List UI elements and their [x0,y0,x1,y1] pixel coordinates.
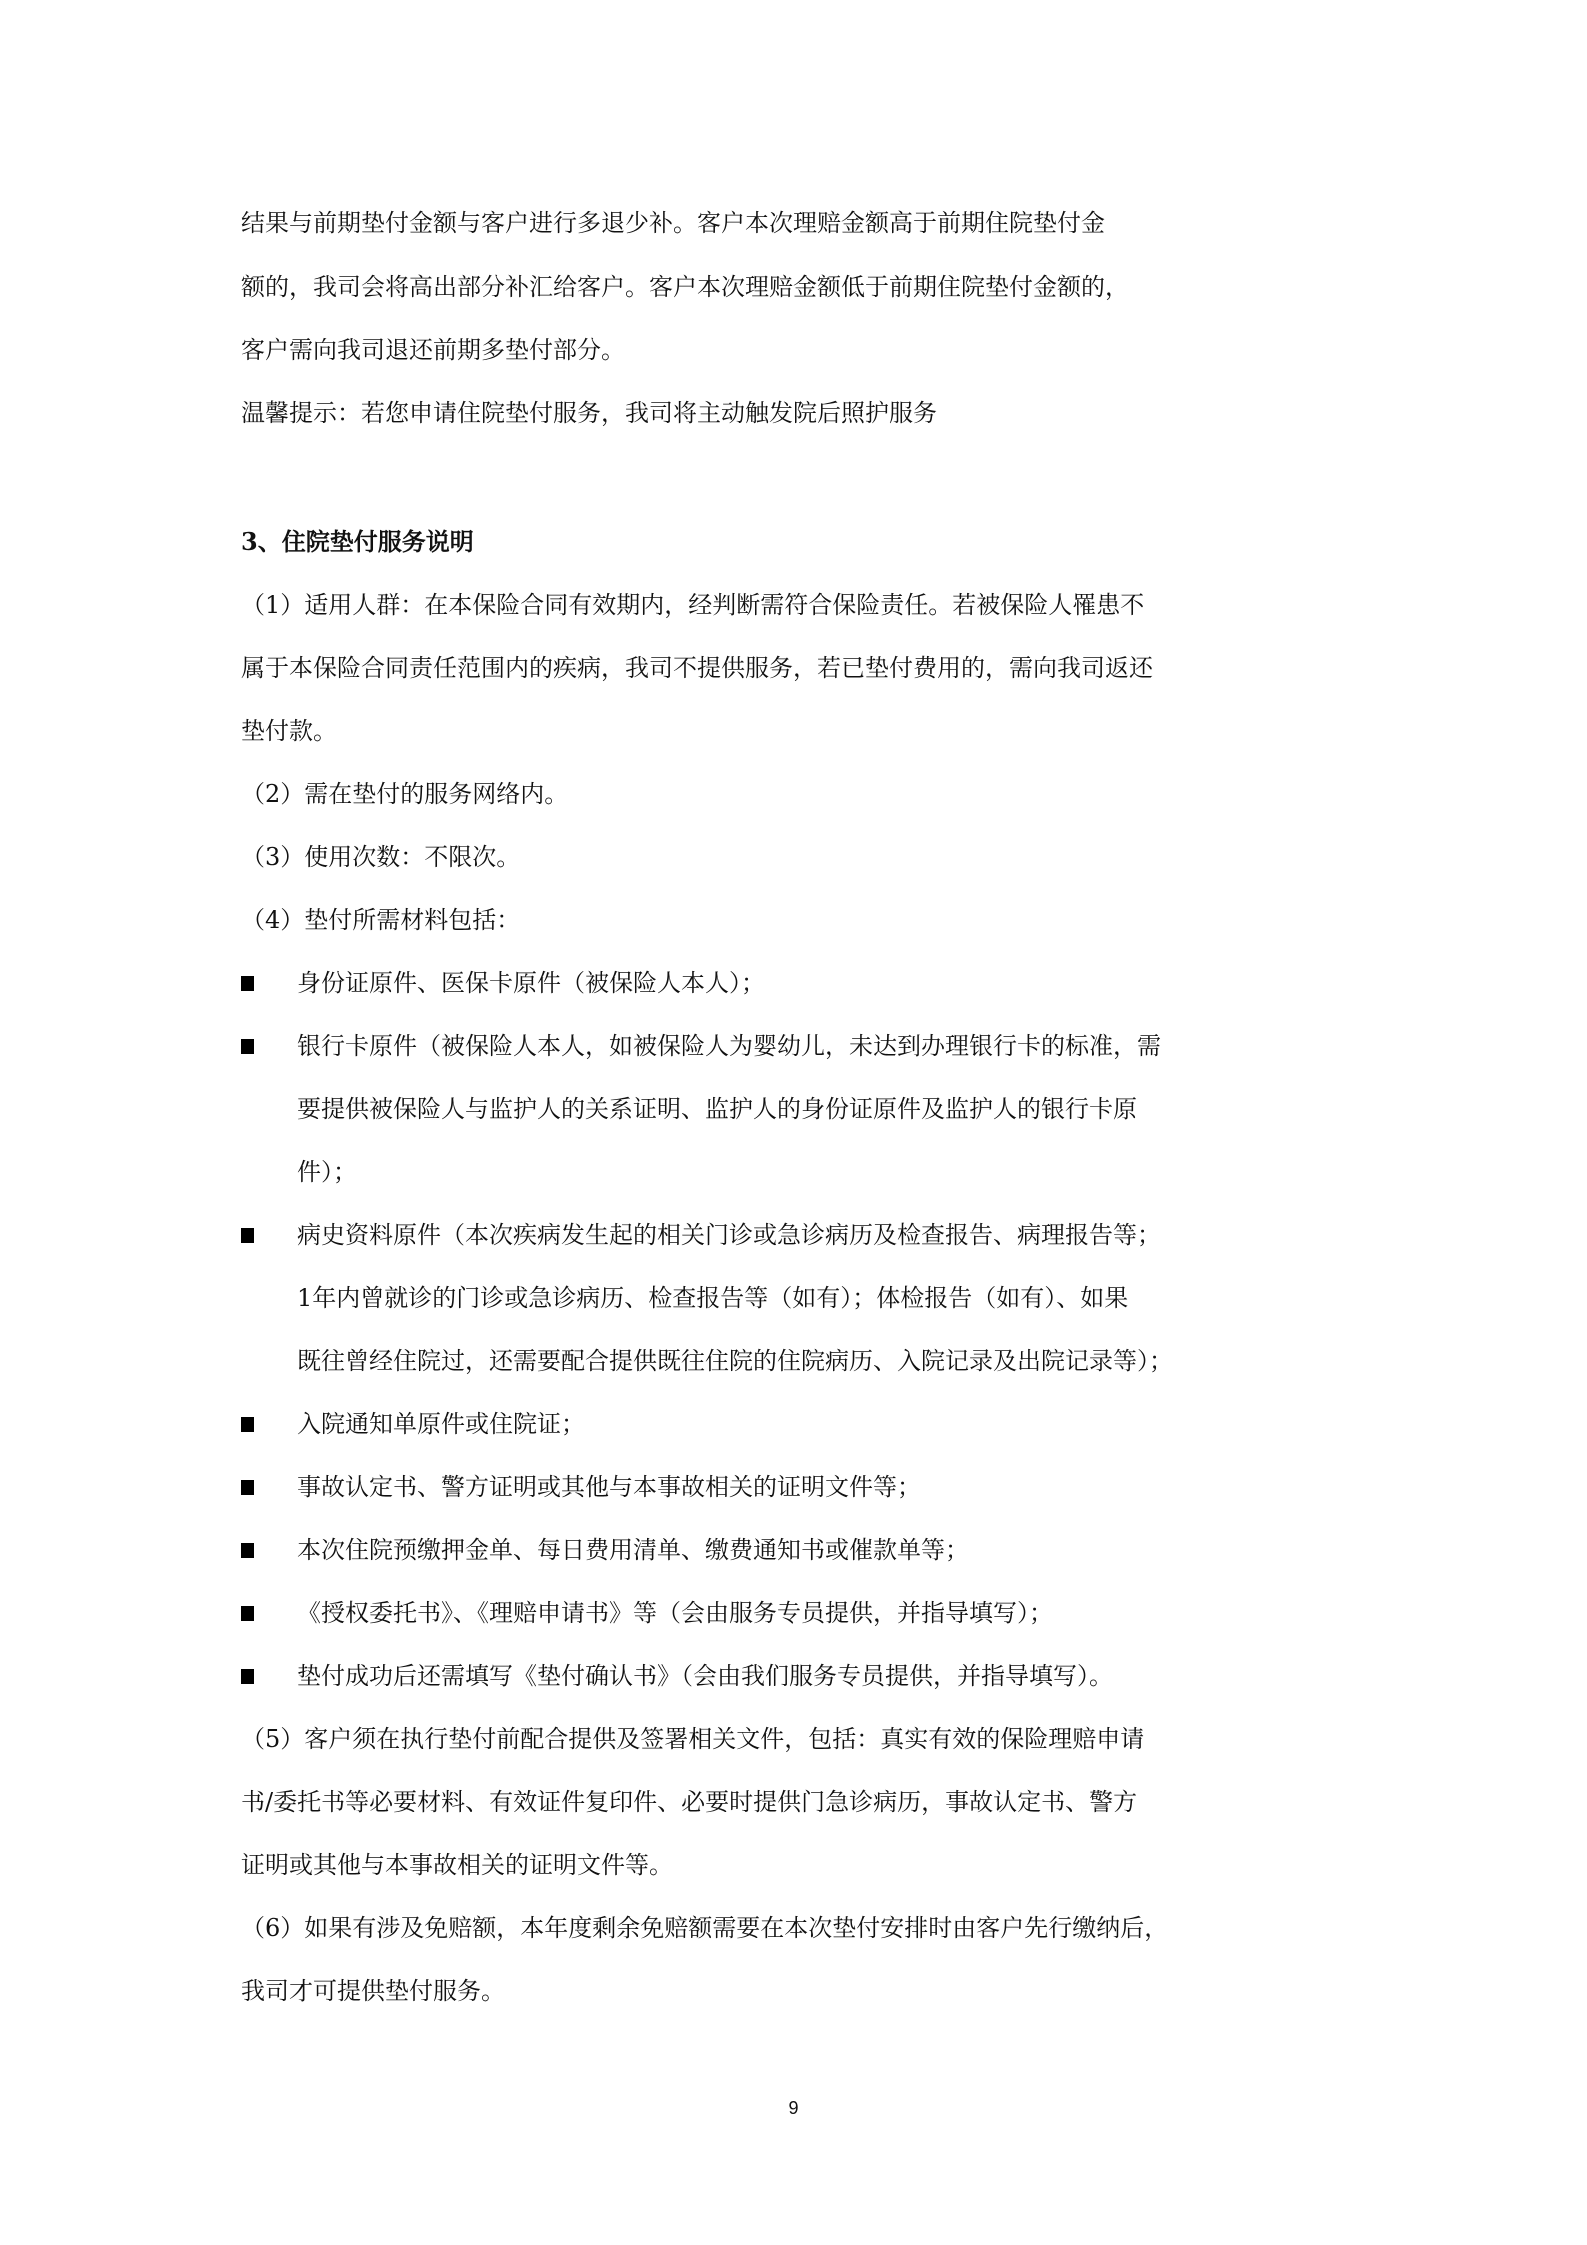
bullet-line: 银行卡原件（被保险人本人，如被保险人为婴幼儿，未达到办理银行卡的标准，需 [297,1031,1161,1061]
item-2: （2）需在垫付的服务网络内。 [241,779,568,809]
bullet-line: 既往曾经住院过，还需要配合提供既往住院的住院病历、入院记录及出院记录等）； [297,1346,1173,1376]
bullet-line: 入院通知单原件或住院证； [297,1409,585,1439]
bullet-line: 《授权委托书》、《理赔申请书》等（会由服务专员提供，并指导填写）； [297,1598,1053,1628]
item-6-line: （6）如果有涉及免赔额，本年度剩余免赔额需要在本次垫付安排时由客户先行缴纳后， [241,1913,1168,1943]
item-5-line: 证明或其他与本事故相关的证明文件等。 [241,1850,673,1880]
section-title: 3、住院垫付服务说明 [241,527,474,557]
tip-line: 温馨提示：若您申请住院垫付服务，我司将主动触发院后照护服务 [241,398,937,428]
item-3: （3）使用次数：不限次。 [241,842,520,872]
item-1-line: （1）适用人群：在本保险合同有效期内，经判断需符合保险责任。若被保险人罹患不 [241,590,1144,620]
item-5-line: 书/委托书等必要材料、有效证件复印件、必要时提供门急诊病历，事故认定书、警方 [241,1787,1137,1817]
item-4: （4）垫付所需材料包括： [241,905,520,935]
item-5-line: （5）客户须在执行垫付前配合提供及签署相关文件，包括：真实有效的保险理赔申请 [241,1724,1144,1754]
bullet-line: 件）； [297,1157,357,1187]
bullet-line: 要提供被保险人与监护人的关系证明、监护人的身份证原件及监护人的银行卡原 [297,1094,1137,1124]
bullet-line: 本次住院预缴押金单、每日费用清单、缴费通知书或催款单等； [297,1535,969,1565]
bullet-line: 垫付成功后还需填写《垫付确认书》（会由我们服务专员提供，并指导填写）。 [297,1661,1113,1691]
square-bullet-icon [241,976,254,991]
bullet-line: 病史资料原件（本次疾病发生起的相关门诊或急诊病历及检查报告、病理报告等； [297,1220,1161,1250]
bullet-line: 身份证原件、医保卡原件（被保险人本人）； [297,968,765,998]
square-bullet-icon [241,1543,254,1558]
square-bullet-icon [241,1606,254,1621]
bullet-line: 1年内曾就诊的门诊或急诊病历、检查报告等（如有）；体检报告（如有）、如果 [297,1283,1128,1313]
square-bullet-icon [241,1417,254,1432]
paragraph-line: 结果与前期垫付金额与客户进行多退少补。客户本次理赔金额高于前期住院垫付金 [241,208,1105,238]
page-number: 9 [0,2098,1587,2119]
square-bullet-icon [241,1228,254,1243]
paragraph-line: 客户需向我司退还前期多垫付部分。 [241,335,625,365]
bullet-line: 事故认定书、警方证明或其他与本事故相关的证明文件等； [297,1472,921,1502]
square-bullet-icon [241,1039,254,1054]
item-1-line: 属于本保险合同责任范围内的疾病，我司不提供服务，若已垫付费用的，需向我司返还 [241,653,1153,683]
square-bullet-icon [241,1480,254,1495]
item-6-line: 我司才可提供垫付服务。 [241,1976,505,2006]
square-bullet-icon [241,1669,254,1684]
paragraph-line: 额的，我司会将高出部分补汇给客户。客户本次理赔金额低于前期住院垫付金额的， [241,272,1129,302]
item-1-line: 垫付款。 [241,716,337,746]
